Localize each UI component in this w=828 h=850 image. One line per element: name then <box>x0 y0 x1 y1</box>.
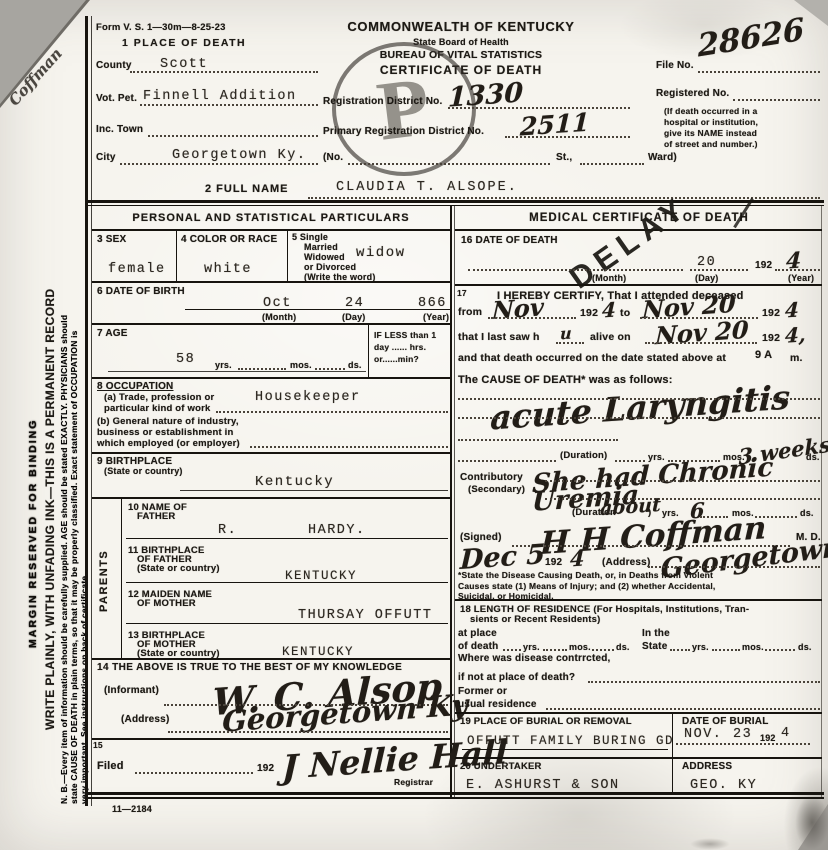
rule <box>250 446 448 448</box>
last-saw-hand-u: u <box>560 324 572 344</box>
hospital-note: (If death occurred in a hospital or inst… <box>664 106 758 150</box>
ward-label: Ward) <box>648 152 677 164</box>
from-month-hand: Nov <box>492 292 545 325</box>
margin-binding-note: MARGIN RESERVED FOR BINDING <box>27 290 43 648</box>
if-less-line1: IF LESS than 1 <box>374 330 436 342</box>
age-label: 7 AGE <box>97 328 128 340</box>
undertaker-address-value: GEO. KY <box>690 778 757 793</box>
county-value: Scott <box>160 57 208 72</box>
rule <box>216 411 448 413</box>
contracted-label-line2: if not at place of death? <box>458 672 575 684</box>
date-of-death-year-printed: 192 <box>755 260 772 272</box>
death-certificate-page: Coffman MARGIN RESERVED FOR BINDING WRIT… <box>0 0 828 850</box>
registration-district-label: Registration District No. <box>323 96 442 108</box>
undertaker-label: 20 UNDERTAKER <box>460 761 542 772</box>
res-mos-label2: mos. <box>742 642 764 653</box>
burial-place-value: OFFUTT FAMILY BURING GD <box>467 734 674 748</box>
if-less-line2: day ...... hrs. <box>374 342 436 354</box>
res-mos-label1: mos. <box>569 642 591 653</box>
plate-number: 11—2184 <box>112 804 152 815</box>
city-value: Georgetown Ky. <box>172 148 306 163</box>
from-label: from <box>458 306 482 318</box>
from-year-printed: 192 <box>580 307 598 319</box>
res-yrs-label1: yrs. <box>523 642 540 653</box>
birthplace-value: Kentucky <box>255 474 334 490</box>
rule <box>148 135 318 137</box>
mother-maiden-label2: OF MOTHER <box>137 598 196 609</box>
father-first-value: R. <box>218 523 237 538</box>
at-place-label: at place <box>458 628 497 640</box>
father-last-value: HARDY. <box>308 523 366 538</box>
rule <box>121 497 122 658</box>
rule <box>648 566 820 568</box>
informant-address-label: (Address) <box>121 714 169 726</box>
rule <box>92 452 450 454</box>
registered-no-label: Registered No. <box>656 88 729 100</box>
occurred-m-label: m. <box>790 352 803 364</box>
stamp-letter: P <box>373 58 436 161</box>
cause-of-death-label: The CAUSE OF DEATH* was as follows: <box>458 374 673 387</box>
footnote-line1: *State the Disease Causing Death, or, in… <box>458 570 716 581</box>
signed-year-printed: 192 <box>545 557 562 569</box>
contracted-label-line1: Where was disease contrrcted, <box>458 653 611 665</box>
duration2-about-hand: about <box>600 494 661 520</box>
commonwealth-title: COMMONWEALTH OF KENTUCKY <box>330 19 592 34</box>
age-yrs-label: yrs. <box>215 360 232 371</box>
footnote: *State the Disease Causing Death, or, in… <box>458 570 716 602</box>
hospital-note-line4: of street and number.) <box>664 139 758 150</box>
rule <box>592 649 614 651</box>
registrar-label: Registrar <box>394 777 433 787</box>
certify-section-number: 17 <box>457 288 467 298</box>
residence-label-line2: sients or Recent Residents) <box>470 614 601 625</box>
margin-nb-note: N. B.—Every item of information should b… <box>59 52 93 804</box>
rule <box>775 269 820 271</box>
to-label: to <box>620 307 630 319</box>
rule <box>348 163 550 165</box>
from-year-hand: 4 <box>602 297 617 322</box>
margin-nb-line2: state CAUSE OF DEATH in plain terms, so … <box>69 52 79 804</box>
rule <box>91 16 92 806</box>
rule <box>85 16 88 806</box>
sex-value: female <box>108 262 166 277</box>
if-less-line3: or......min? <box>374 354 436 366</box>
primary-registration-label: Primary Registration District No. <box>323 126 484 138</box>
rule <box>588 681 820 683</box>
rule <box>92 229 450 231</box>
occupation-b-line2: business or establishment in <box>97 427 234 438</box>
res-ds-label1: ds. <box>616 642 630 653</box>
undertaker-address-label: ADDRESS <box>682 761 732 773</box>
rule <box>690 269 748 271</box>
last-saw-year-printed: 192 <box>762 332 780 344</box>
race-value: white <box>204 262 252 277</box>
age-mos-label: mos. <box>290 360 312 371</box>
to-year-hand: 4 <box>785 297 800 322</box>
rule <box>238 368 286 370</box>
rule <box>556 342 584 344</box>
in-the-label: In the <box>642 628 670 640</box>
rule <box>185 309 450 310</box>
rule <box>455 712 822 714</box>
margin-permanent-record-note: WRITE PLAINLY, WITH UNFADING INK—THIS IS… <box>43 96 60 730</box>
rule <box>670 649 690 651</box>
occupation-b-line3: which employed (or employer) <box>97 438 240 449</box>
of-death-label: of death <box>458 641 499 653</box>
rule <box>140 104 318 106</box>
marital-line1: 5 Single <box>292 232 376 242</box>
age-value: 58 <box>176 352 195 367</box>
occupation-a-line1: (a) Trade, profession or <box>104 392 214 403</box>
rule <box>733 99 820 101</box>
rule <box>645 342 757 344</box>
res-ds-label2: ds. <box>798 642 812 653</box>
to-year-printed: 192 <box>762 307 780 319</box>
footnote-line2: Causes state (1) Means of Injury; and (2… <box>458 581 716 592</box>
rule <box>488 317 576 319</box>
rule <box>458 439 618 441</box>
rule <box>676 743 810 745</box>
signed-year-hand: 4 <box>570 545 585 571</box>
filed-label: Filed <box>97 760 124 773</box>
state-label: State <box>642 641 667 653</box>
mother-maiden-value: THURSAY OFFUTT <box>298 608 432 623</box>
rule <box>180 490 448 491</box>
rule <box>448 107 630 109</box>
rule <box>92 658 450 660</box>
rule <box>168 731 448 733</box>
rule <box>126 582 448 583</box>
rule <box>455 284 822 286</box>
rule <box>468 269 683 271</box>
last-saw-text2: alive on <box>590 331 631 343</box>
occupation-a-line2: particular kind of work <box>104 403 210 414</box>
place-of-death-heading: 1 PLACE OF DEATH <box>122 37 246 49</box>
rule <box>765 649 795 651</box>
rule <box>92 281 450 283</box>
vot-pet-label: Vot. Pet. <box>96 93 137 105</box>
rule <box>126 538 448 539</box>
county-label: County <box>96 60 132 72</box>
last-saw-text1: that I last saw h <box>458 331 540 343</box>
undertaker-value: E. ASHURST & SON <box>466 778 620 793</box>
rule <box>698 71 820 73</box>
rule <box>120 163 318 165</box>
res-yrs-label2: yrs. <box>692 642 709 653</box>
age-ds-label: ds. <box>348 360 362 371</box>
date-of-death-day: 20 <box>697 255 716 270</box>
rule <box>135 772 253 774</box>
former-label-line1: Former or <box>458 686 507 698</box>
race-label: 4 COLOR OR RACE <box>181 234 277 246</box>
form-number: Form V. S. 1—30m—8-25-23 <box>96 22 226 33</box>
rule <box>580 163 644 165</box>
dob-year-caption: (Year) <box>423 312 449 323</box>
former-label-line2: usual residence <box>458 699 537 711</box>
rule <box>287 229 288 281</box>
last-saw-year-hand: 4, <box>785 322 807 348</box>
street-label: St., <box>556 152 572 164</box>
rule <box>712 649 740 651</box>
rule <box>545 498 820 500</box>
full-name-value: CLAUDIA T. ALSOPE. <box>336 180 518 195</box>
burial-day-value: 23 <box>733 727 752 742</box>
scan-smudge <box>690 838 730 850</box>
hospital-note-line3: give its NAME instead <box>664 128 758 139</box>
rule <box>545 480 820 482</box>
father-name-label2: FATHER <box>137 511 176 522</box>
rule <box>126 623 448 624</box>
rule <box>455 757 822 759</box>
margin-nb-line1: N. B.—Every item of information should b… <box>59 52 69 804</box>
father-birthplace-label3: (State or country) <box>137 563 220 574</box>
if-less-note: IF LESS than 1 day ...... hrs. or......m… <box>374 330 436 366</box>
file-no-value: 28626 <box>697 11 805 64</box>
inc-town-label: Inc. Town <box>96 124 143 136</box>
contributory-label: Contributory <box>460 472 523 484</box>
sex-label: 3 SEX <box>97 234 126 246</box>
scan-smudge <box>795 795 828 850</box>
full-name-label: 2 FULL NAME <box>205 183 289 196</box>
burial-place-label: 19 PLACE OF BURIAL OR REMOVAL <box>460 716 632 727</box>
city-label: City <box>96 152 116 164</box>
street-no-label: (No. <box>323 152 343 164</box>
rule <box>458 417 820 419</box>
rule <box>368 323 369 377</box>
rule <box>130 71 318 73</box>
rule <box>458 398 820 400</box>
filed-year-printed: 192 <box>257 763 274 775</box>
rule <box>462 749 668 750</box>
marital-value: widow <box>356 245 406 261</box>
dob-month-caption: (Month) <box>262 312 296 323</box>
hospital-note-line1: (If death occurred in a <box>664 106 758 117</box>
rule <box>88 797 824 799</box>
informant-label: (Informant) <box>104 685 159 697</box>
rule <box>92 377 450 379</box>
burial-year-hand: 4 <box>781 726 791 741</box>
rule <box>821 205 822 797</box>
rule <box>546 708 820 710</box>
rule <box>92 497 450 499</box>
occupation-value: Housekeeper <box>255 390 361 405</box>
dod-month-caption: (Month) <box>592 273 626 284</box>
filed-section-number: 15 <box>93 740 103 750</box>
occurred-time-hand: 9 A <box>755 349 772 362</box>
rule <box>308 197 820 199</box>
marital-line4: or Divorced <box>304 262 376 272</box>
duration2-close: ) <box>648 507 651 518</box>
father-birthplace-value: KENTUCKY <box>285 569 357 583</box>
dob-label: 6 DATE OF BIRTH <box>97 286 185 298</box>
rule <box>455 599 822 601</box>
occupation-b-line1: (b) General nature of industry, <box>97 416 239 427</box>
rule <box>458 460 556 462</box>
rule <box>108 371 366 372</box>
dod-year-caption: (Year) <box>788 273 814 284</box>
burial-month-value: NOV. <box>684 727 722 742</box>
duration2-ds-label: ds. <box>800 508 814 519</box>
rule <box>176 229 177 281</box>
rule <box>672 712 673 792</box>
parents-vertical-label: PARENTS <box>98 500 114 612</box>
date-of-death-label: 16 DATE OF DEATH <box>461 235 558 247</box>
rule <box>543 649 567 651</box>
personal-section-title: PERSONAL AND STATISTICAL PARTICULARS <box>92 212 450 225</box>
occurred-statement: and that death occurred on the date stat… <box>458 352 726 364</box>
rule <box>503 649 521 651</box>
dob-day-caption: (Day) <box>342 312 366 323</box>
duration-ds-label: ds. <box>806 452 820 463</box>
file-no-label: File No. <box>656 60 694 72</box>
birthplace-sublabel: (State or country) <box>104 466 183 477</box>
dod-day-caption: (Day) <box>695 273 719 284</box>
board-subtitle: State Board of Health <box>330 37 592 48</box>
last-saw-date-hand: Nov 20 <box>655 315 749 351</box>
rule <box>505 136 630 138</box>
vot-pet-value: Finnell Addition <box>143 89 297 104</box>
mother-birthplace-value: KENTUCKY <box>282 645 354 659</box>
rule <box>315 368 345 370</box>
rule <box>92 323 450 325</box>
hospital-note-line2: hospital or institution, <box>664 117 758 128</box>
signed-address-label: (Address) <box>602 557 650 569</box>
contributory-sublabel: (Secondary) <box>468 484 525 495</box>
duration-label: (Duration) <box>560 450 607 461</box>
